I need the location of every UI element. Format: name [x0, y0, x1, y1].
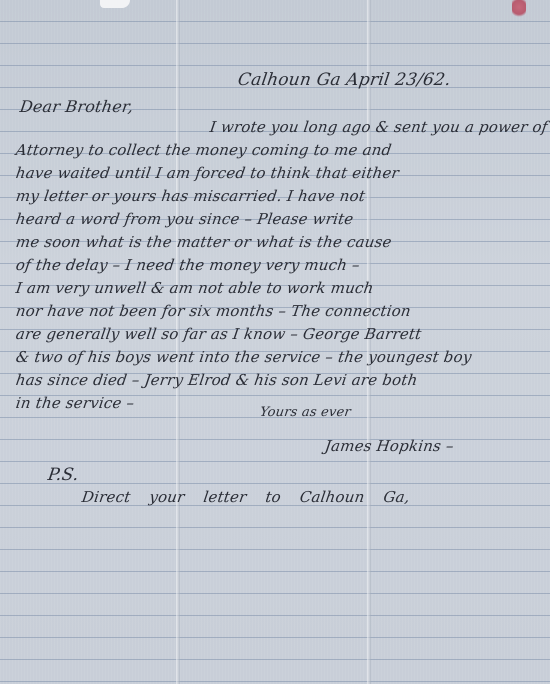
body-line: have waited until I am forced to think t… [15, 164, 401, 182]
body-line: are generally well so far as I know – Ge… [15, 325, 423, 343]
signature: James Hopkins – [324, 437, 455, 455]
closing: Yours as ever [259, 405, 352, 420]
body-line: I wrote you long ago & sent you a power … [209, 118, 549, 136]
letter-page: Calhoun Ga April 23/62. Dear Brother, I … [0, 0, 550, 684]
body-line: my letter or yours has miscarried. I hav… [15, 187, 367, 205]
body-line: in the service – [15, 394, 136, 412]
salutation: Dear Brother, [19, 97, 135, 116]
body-line: & two of his boys went into the service … [15, 348, 473, 366]
body-line: I am very unwell & am not able to work m… [15, 279, 375, 297]
postscript-label: P.S. [47, 465, 80, 485]
red-seal-mark-icon [512, 0, 526, 18]
body-line: nor have not been for six months – The c… [15, 302, 412, 320]
body-line: heard a word from you since – Please wri… [15, 210, 355, 228]
paper-tear [100, 0, 130, 8]
body-line: of the delay – I need the money very muc… [15, 256, 361, 274]
dateline: Calhoun Ga April 23/62. [237, 70, 453, 90]
postscript-text: Direct your letter to Calhoun Ga, [81, 488, 411, 506]
body-line: Attorney to collect the money coming to … [15, 141, 393, 159]
body-line: me soon what is the matter or what is th… [15, 233, 393, 251]
body-line: has since died – Jerry Elrod & his son L… [15, 371, 419, 389]
